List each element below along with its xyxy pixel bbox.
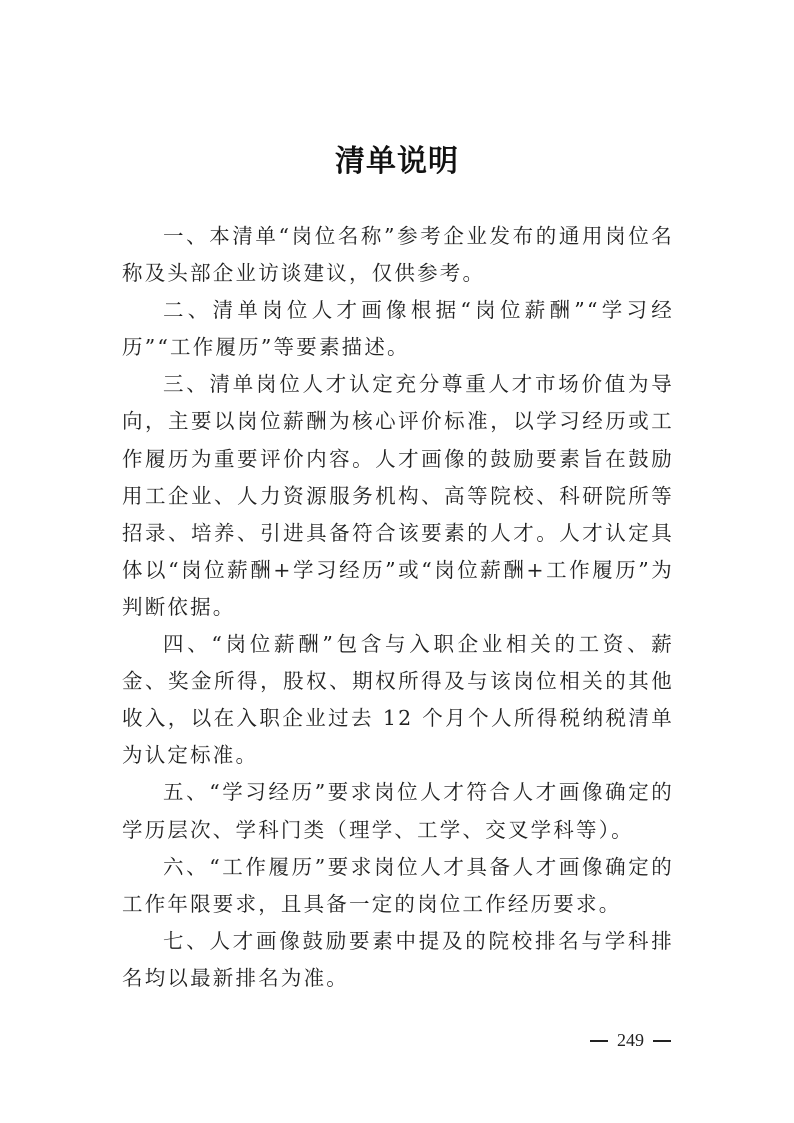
paragraph-3: 三、清单岗位人才认定充分尊重人才市场价值为导向，主要以岗位薪酬为核心评价标准，以… [122, 366, 674, 626]
paragraph-5: 五、“学习经历”要求岗位人才符合人才画像确定的学历层次、学科门类（理学、工学、交… [122, 774, 674, 848]
paragraph-4: 四、“岗位薪酬”包含与入职企业相关的工资、薪金、奖金所得，股权、期权所得及与该岗… [122, 626, 674, 774]
page-number-value: 249 [617, 1030, 644, 1051]
paragraph-2: 二、清单岗位人才画像根据“岗位薪酬”“学习经历”“工作履历”等要素描述。 [122, 292, 674, 366]
paragraph-6: 六、“工作履历”要求岗位人才具备人才画像确定的工作年限要求，且具备一定的岗位工作… [122, 849, 674, 923]
dash-right [653, 1040, 671, 1042]
paragraph-7: 七、人才画像鼓励要素中提及的院校排名与学科排名均以最新排名为准。 [122, 923, 674, 997]
page-title: 清单说明 [0, 136, 794, 180]
page-number: 249 [590, 1030, 671, 1051]
paragraph-1: 一、本清单“岗位名称”参考企业发布的通用岗位名称及头部企业访谈建议，仅供参考。 [122, 218, 674, 292]
document-page: 清单说明 一、本清单“岗位名称”参考企业发布的通用岗位名称及头部企业访谈建议，仅… [0, 0, 794, 1123]
document-body: 一、本清单“岗位名称”参考企业发布的通用岗位名称及头部企业访谈建议，仅供参考。 … [122, 218, 674, 997]
dash-left [590, 1040, 608, 1042]
